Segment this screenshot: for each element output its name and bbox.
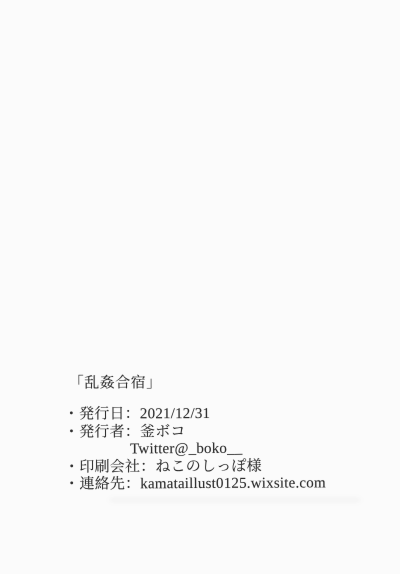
scan-artifact — [110, 498, 360, 502]
colophon-line-printer: ・印刷会社：ねこのしっぽ様 — [64, 458, 326, 477]
scanned-page: 「乱姦合宿」 ・発行日：2021/12/31 ・発行者：釜ボコ Twitter@… — [0, 0, 400, 574]
book-title: 「乱姦合宿」 — [69, 371, 326, 394]
colophon-block: 「乱姦合宿」 ・発行日：2021/12/31 ・発行者：釜ボコ Twitter@… — [64, 371, 326, 494]
colophon-line-contact-url: ・連絡先：kamataillust0125.wixsite.com — [64, 476, 326, 495]
colophon-line-publisher: ・発行者：釜ボコ — [64, 423, 326, 442]
colophon-line-publish-date: ・発行日：2021/12/31 — [64, 405, 326, 424]
colophon-line-twitter-handle: Twitter@_boko__ — [64, 441, 326, 460]
